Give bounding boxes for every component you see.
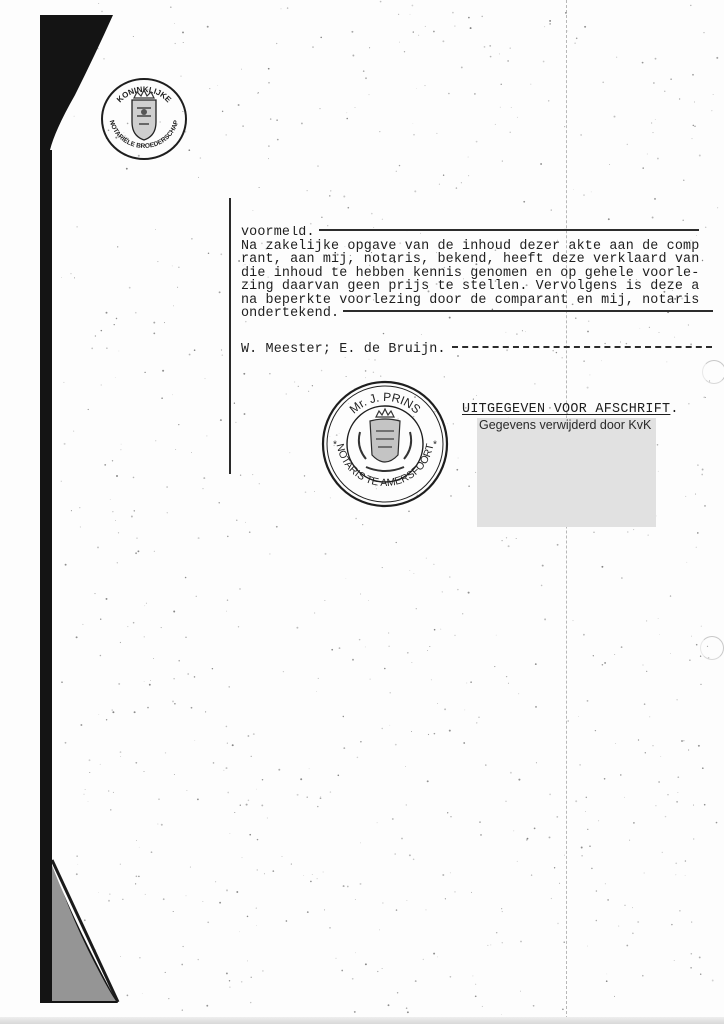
svg-text:*: * [332,440,338,452]
redaction-box: Gegevens verwijderd door KvK [477,418,656,527]
body-line: rant, aan mij, notaris, bekend, heeft de… [241,253,724,267]
deed-body-text: voormeld. Na zakelijke opgave van de inh… [241,226,724,321]
signatures-line: W. Meester; E. de Bruijn. [241,342,724,357]
redaction-notice: Gegevens verwijderd door KvK [479,418,651,432]
copy-issued-heading: UITGEGEVEN VOOR AFSCHRIFT. [462,402,679,417]
body-line: ondertekend. [241,307,724,321]
body-line: Na zakelijke opgave van de inhoud dezer … [241,240,724,254]
notary-guild-seal-icon: KONINKLIJKE NOTARIËLE BROEDERSCHAP [99,76,189,162]
margin-rule [229,198,231,474]
punch-hole [702,360,724,384]
svg-text:*: * [432,440,438,452]
scanned-document-page: KONINKLIJKE NOTARIËLE BROEDERSCHAP voorm… [0,0,724,1024]
notary-stamp-icon: Mr. J. PRINS NOTARIS TE AMERSFOORT * * [320,377,450,511]
body-line: na beperkte voorlezing door de comparant… [241,294,724,308]
body-line: zing daarvan geen prijs te stellen. Verv… [241,280,724,294]
svg-text:Mr. J. PRINS: Mr. J. PRINS [347,390,424,417]
scan-edge [0,1017,724,1024]
punch-hole [700,636,724,660]
body-line: voormeld. [241,226,724,240]
body-line: die inhoud te hebben kennis genomen en o… [241,267,724,281]
signatures-text: W. Meester; E. de Bruijn. [241,342,446,357]
